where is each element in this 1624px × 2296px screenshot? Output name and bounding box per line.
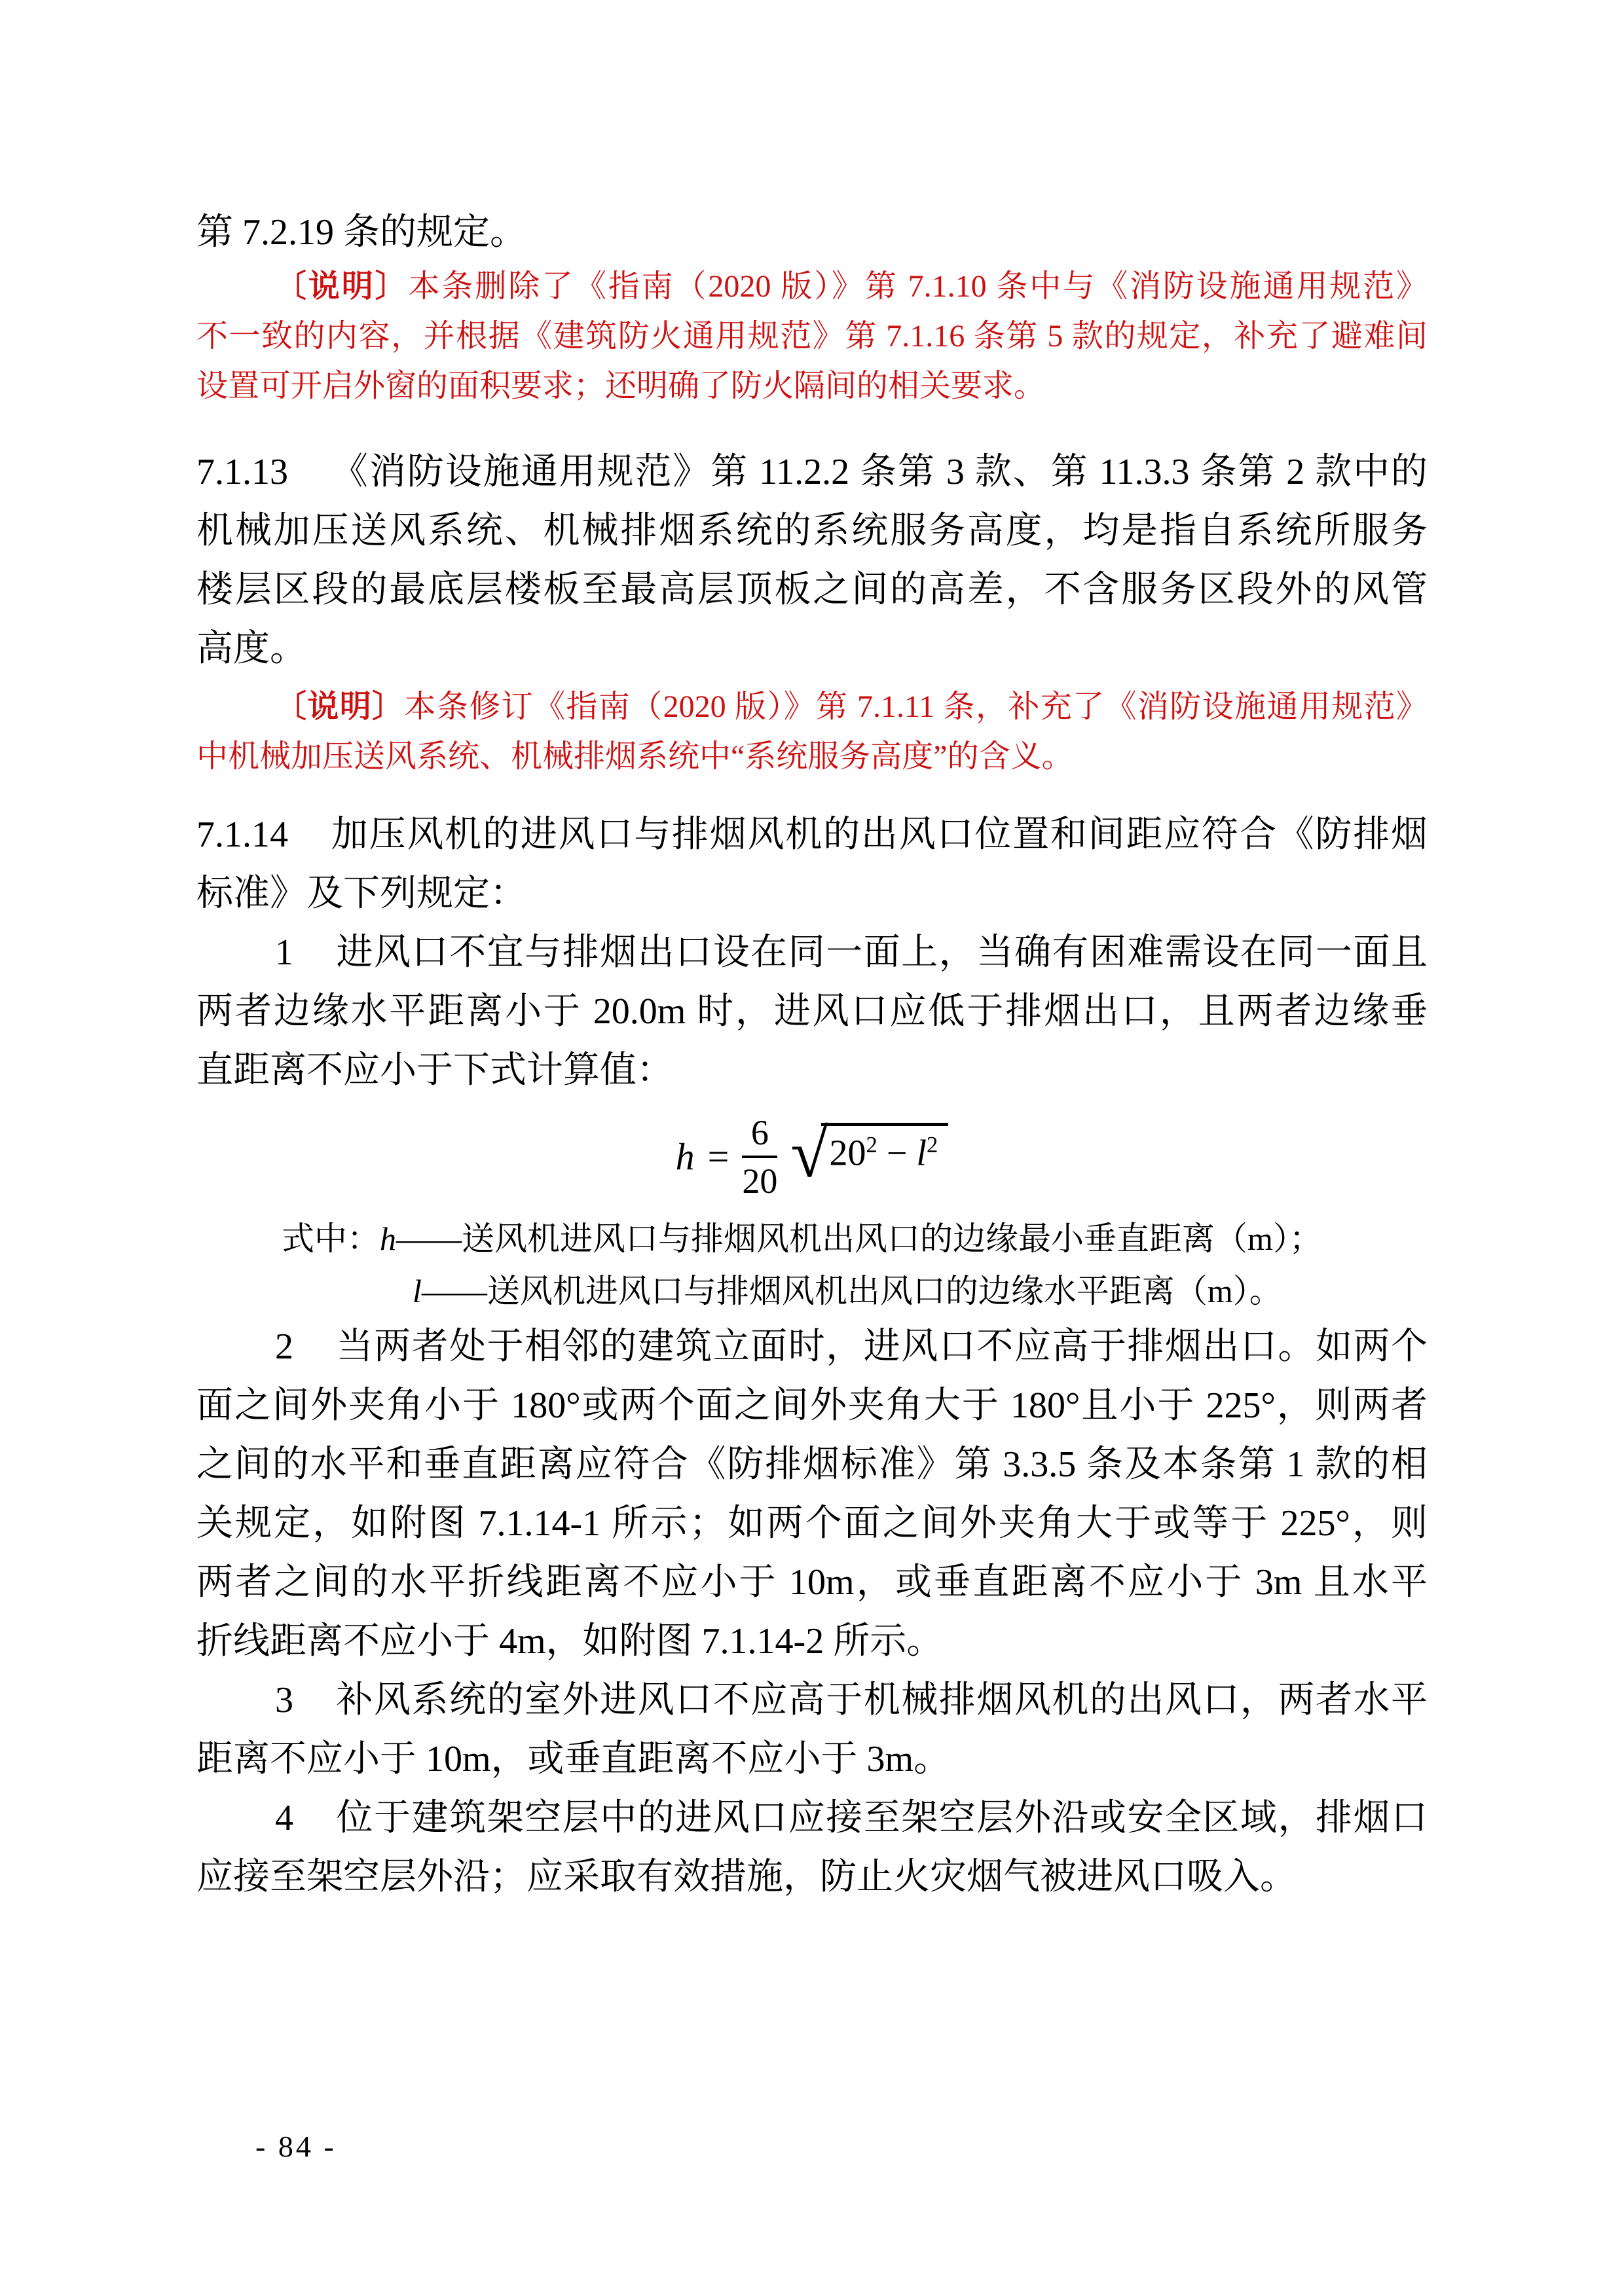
- item-line: 直距离不应小于下式计算值：: [196, 1041, 1428, 1100]
- item-line: 1进风口不宜与排烟出口设在同一面上，当确有困难需设在同一面且: [196, 923, 1428, 982]
- legend-var-l: l: [413, 1273, 422, 1309]
- item-text: 当两者处于相邻的建筑立面时，进风口不应高于排烟出口。如两个: [335, 1326, 1428, 1367]
- clause-line: 楼层区段的最底层楼板至最高层顶板之间的高差，不含服务区段外的风管: [196, 560, 1428, 619]
- radical-sign-icon: √: [790, 1120, 828, 1188]
- item-line: 4位于建筑架空层中的进风口应接至架空层外沿或安全区域，排烟口: [196, 1789, 1428, 1848]
- item-number: 4: [275, 1798, 293, 1838]
- item-line: 应接至架空层外沿；应采取有效措施，防止火灾烟气被进风口吸入。: [196, 1848, 1428, 1906]
- clause-7114: 7.1.14加压风机的进风口与排烟风机的出风口位置和间距应符合《防排烟 标准》及…: [196, 805, 1428, 923]
- note-line: 设置可开启外窗的面积要求；还明确了防火隔间的相关要求。: [196, 361, 1428, 411]
- note-label: 〔说明〕: [275, 689, 405, 724]
- item-line: 3补风系统的室外进风口不应高于机械排烟风机的出风口，两者水平: [196, 1671, 1428, 1730]
- radicand-variable: l: [916, 1133, 927, 1174]
- formula-lhs: h: [676, 1138, 695, 1176]
- clause-line: 高度。: [196, 619, 1428, 678]
- document-page: 第 7.2.19 条的规定。 〔说明〕本条删除了《指南（2020 版）》第 7.…: [0, 0, 1624, 2296]
- note-block-1: 〔说明〕本条删除了《指南（2020 版）》第 7.1.10 条中与《消防设施通用…: [196, 262, 1428, 411]
- item-line: 折线距离不应小于 4m，如附图 7.1.14-2 所示。: [196, 1612, 1428, 1671]
- item-1: 1进风口不宜与排烟出口设在同一面上，当确有困难需设在同一面且 两者边缘水平距离小…: [196, 923, 1428, 1100]
- legend-dash: ——: [396, 1220, 462, 1257]
- legend-prefix: 式中：: [282, 1220, 380, 1257]
- clause-7212-continuation: 第 7.2.19 条的规定。: [196, 203, 1428, 262]
- note-text: 本条删除了《指南（2020 版）》第 7.1.10 条中与《消防设施通用规范》: [409, 269, 1428, 304]
- radicand-base: 20: [829, 1133, 866, 1174]
- radicand-exponent: 2: [866, 1132, 877, 1157]
- item-line: 2当两者处于相邻的建筑立面时，进风口不应高于排烟出口。如两个: [196, 1317, 1428, 1376]
- item-line: 两者之间的水平折线距离不应小于 10m，或垂直距离不应小于 3m 且水平: [196, 1553, 1428, 1612]
- clause-number: 7.1.14: [196, 814, 288, 855]
- note-line: 〔说明〕本条修订《指南（2020 版）》第 7.1.11 条，补充了《消防设施通…: [196, 682, 1428, 732]
- formula-fraction: 6 20: [742, 1115, 777, 1199]
- page-content: 第 7.2.19 条的规定。 〔说明〕本条删除了《指南（2020 版）》第 7.…: [0, 0, 1624, 1906]
- item-number: 3: [275, 1680, 293, 1721]
- fraction-numerator: 6: [742, 1115, 777, 1158]
- item-text: 进风口不宜与排烟出口设在同一面上，当确有困难需设在同一面且: [335, 932, 1428, 973]
- item-4: 4位于建筑架空层中的进风口应接至架空层外沿或安全区域，排烟口 应接至架空层外沿；…: [196, 1789, 1428, 1906]
- note-line: 中机械加压送风系统、机械排烟系统中“系统服务高度”的含义。: [196, 732, 1428, 782]
- formula-block: h = 6 20 √ 202−l2: [196, 1108, 1428, 1206]
- legend-desc-l: 送风机进风口与排烟风机出风口的边缘水平距离（m）。: [487, 1273, 1282, 1309]
- legend-dash: ——: [422, 1273, 487, 1309]
- note-line: 〔说明〕本条删除了《指南（2020 版）》第 7.1.10 条中与《消防设施通用…: [196, 262, 1428, 312]
- clause-7113: 7.1.13《消防设施通用规范》第 11.2.2 条第 3 款、第 11.3.3…: [196, 443, 1428, 678]
- item-line: 之间的水平和垂直距离应符合《防排烟标准》第 3.3.5 条及本条第 1 款的相: [196, 1435, 1428, 1494]
- radicand-variable-exponent: 2: [927, 1132, 938, 1157]
- legend-desc-h: 送风机进风口与排烟风机出风口的边缘最小垂直距离（m）；: [462, 1220, 1322, 1257]
- fraction-denominator: 20: [742, 1158, 777, 1199]
- item-number: 1: [275, 932, 293, 973]
- item-number: 2: [275, 1326, 293, 1367]
- minus-sign: −: [887, 1133, 908, 1174]
- item-text: 位于建筑架空层中的进风口应接至架空层外沿或安全区域，排烟口: [335, 1798, 1428, 1838]
- formula-radical: √ 202−l2: [790, 1123, 948, 1191]
- item-line: 面之间外夹角小于 180°或两个面之间外夹角大于 180°且小于 225°，则两…: [196, 1376, 1428, 1435]
- note-label: 〔说明〕: [275, 269, 409, 304]
- clause-line: 7.1.14加压风机的进风口与排烟风机的出风口位置和间距应符合《防排烟: [196, 805, 1428, 864]
- item-2: 2当两者处于相邻的建筑立面时，进风口不应高于排烟出口。如两个 面之间外夹角小于 …: [196, 1317, 1428, 1671]
- legend-line-h: 式中：h——送风机进风口与排烟风机出风口的边缘最小垂直距离（m）；: [282, 1212, 1428, 1265]
- item-line: 关规定，如附图 7.1.14-1 所示；如两个面之间外夹角大于或等于 225°，…: [196, 1494, 1428, 1553]
- formula-legend: 式中：h——送风机进风口与排烟风机出风口的边缘最小垂直距离（m）； l——送风机…: [196, 1212, 1428, 1317]
- clause-line: 机械加压送风系统、机械排烟系统的系统服务高度，均是指自系统所服务: [196, 501, 1428, 560]
- item-text: 补风系统的室外进风口不应高于机械排烟风机的出风口，两者水平: [335, 1680, 1428, 1721]
- clause-text: 加压风机的进风口与排烟风机的出风口位置和间距应符合《防排烟: [330, 814, 1428, 855]
- clause-line: 7.1.13《消防设施通用规范》第 11.2.2 条第 3 款、第 11.3.3…: [196, 443, 1428, 501]
- clause-number: 7.1.13: [196, 452, 288, 492]
- note-text: 本条修订《指南（2020 版）》第 7.1.11 条，补充了《消防设施通用规范》: [405, 689, 1428, 724]
- note-line: 不一致的内容，并根据《建筑防火通用规范》第 7.1.16 条第 5 款的规定，补…: [196, 312, 1428, 361]
- item-line: 距离不应小于 10m，或垂直距离不应小于 3m。: [196, 1730, 1428, 1789]
- legend-var-h: h: [380, 1220, 396, 1257]
- item-line: 两者边缘水平距离小于 20.0m 时，进风口应低于排烟出口，且两者边缘垂: [196, 982, 1428, 1041]
- note-block-2: 〔说明〕本条修订《指南（2020 版）》第 7.1.11 条，补充了《消防设施通…: [196, 682, 1428, 782]
- clause-text: 《消防设施通用规范》第 11.2.2 条第 3 款、第 11.3.3 条第 2 …: [330, 452, 1428, 492]
- item-3: 3补风系统的室外进风口不应高于机械排烟风机的出风口，两者水平 距离不应小于 10…: [196, 1671, 1428, 1789]
- formula-equals: =: [708, 1138, 729, 1176]
- radicand: 202−l2: [821, 1123, 948, 1172]
- clause-line: 标准》及下列规定：: [196, 864, 1428, 923]
- legend-line-l: l——送风机进风口与排烟风机出风口的边缘水平距离（m）。: [413, 1265, 1428, 1317]
- page-number: - 84 -: [255, 2129, 337, 2164]
